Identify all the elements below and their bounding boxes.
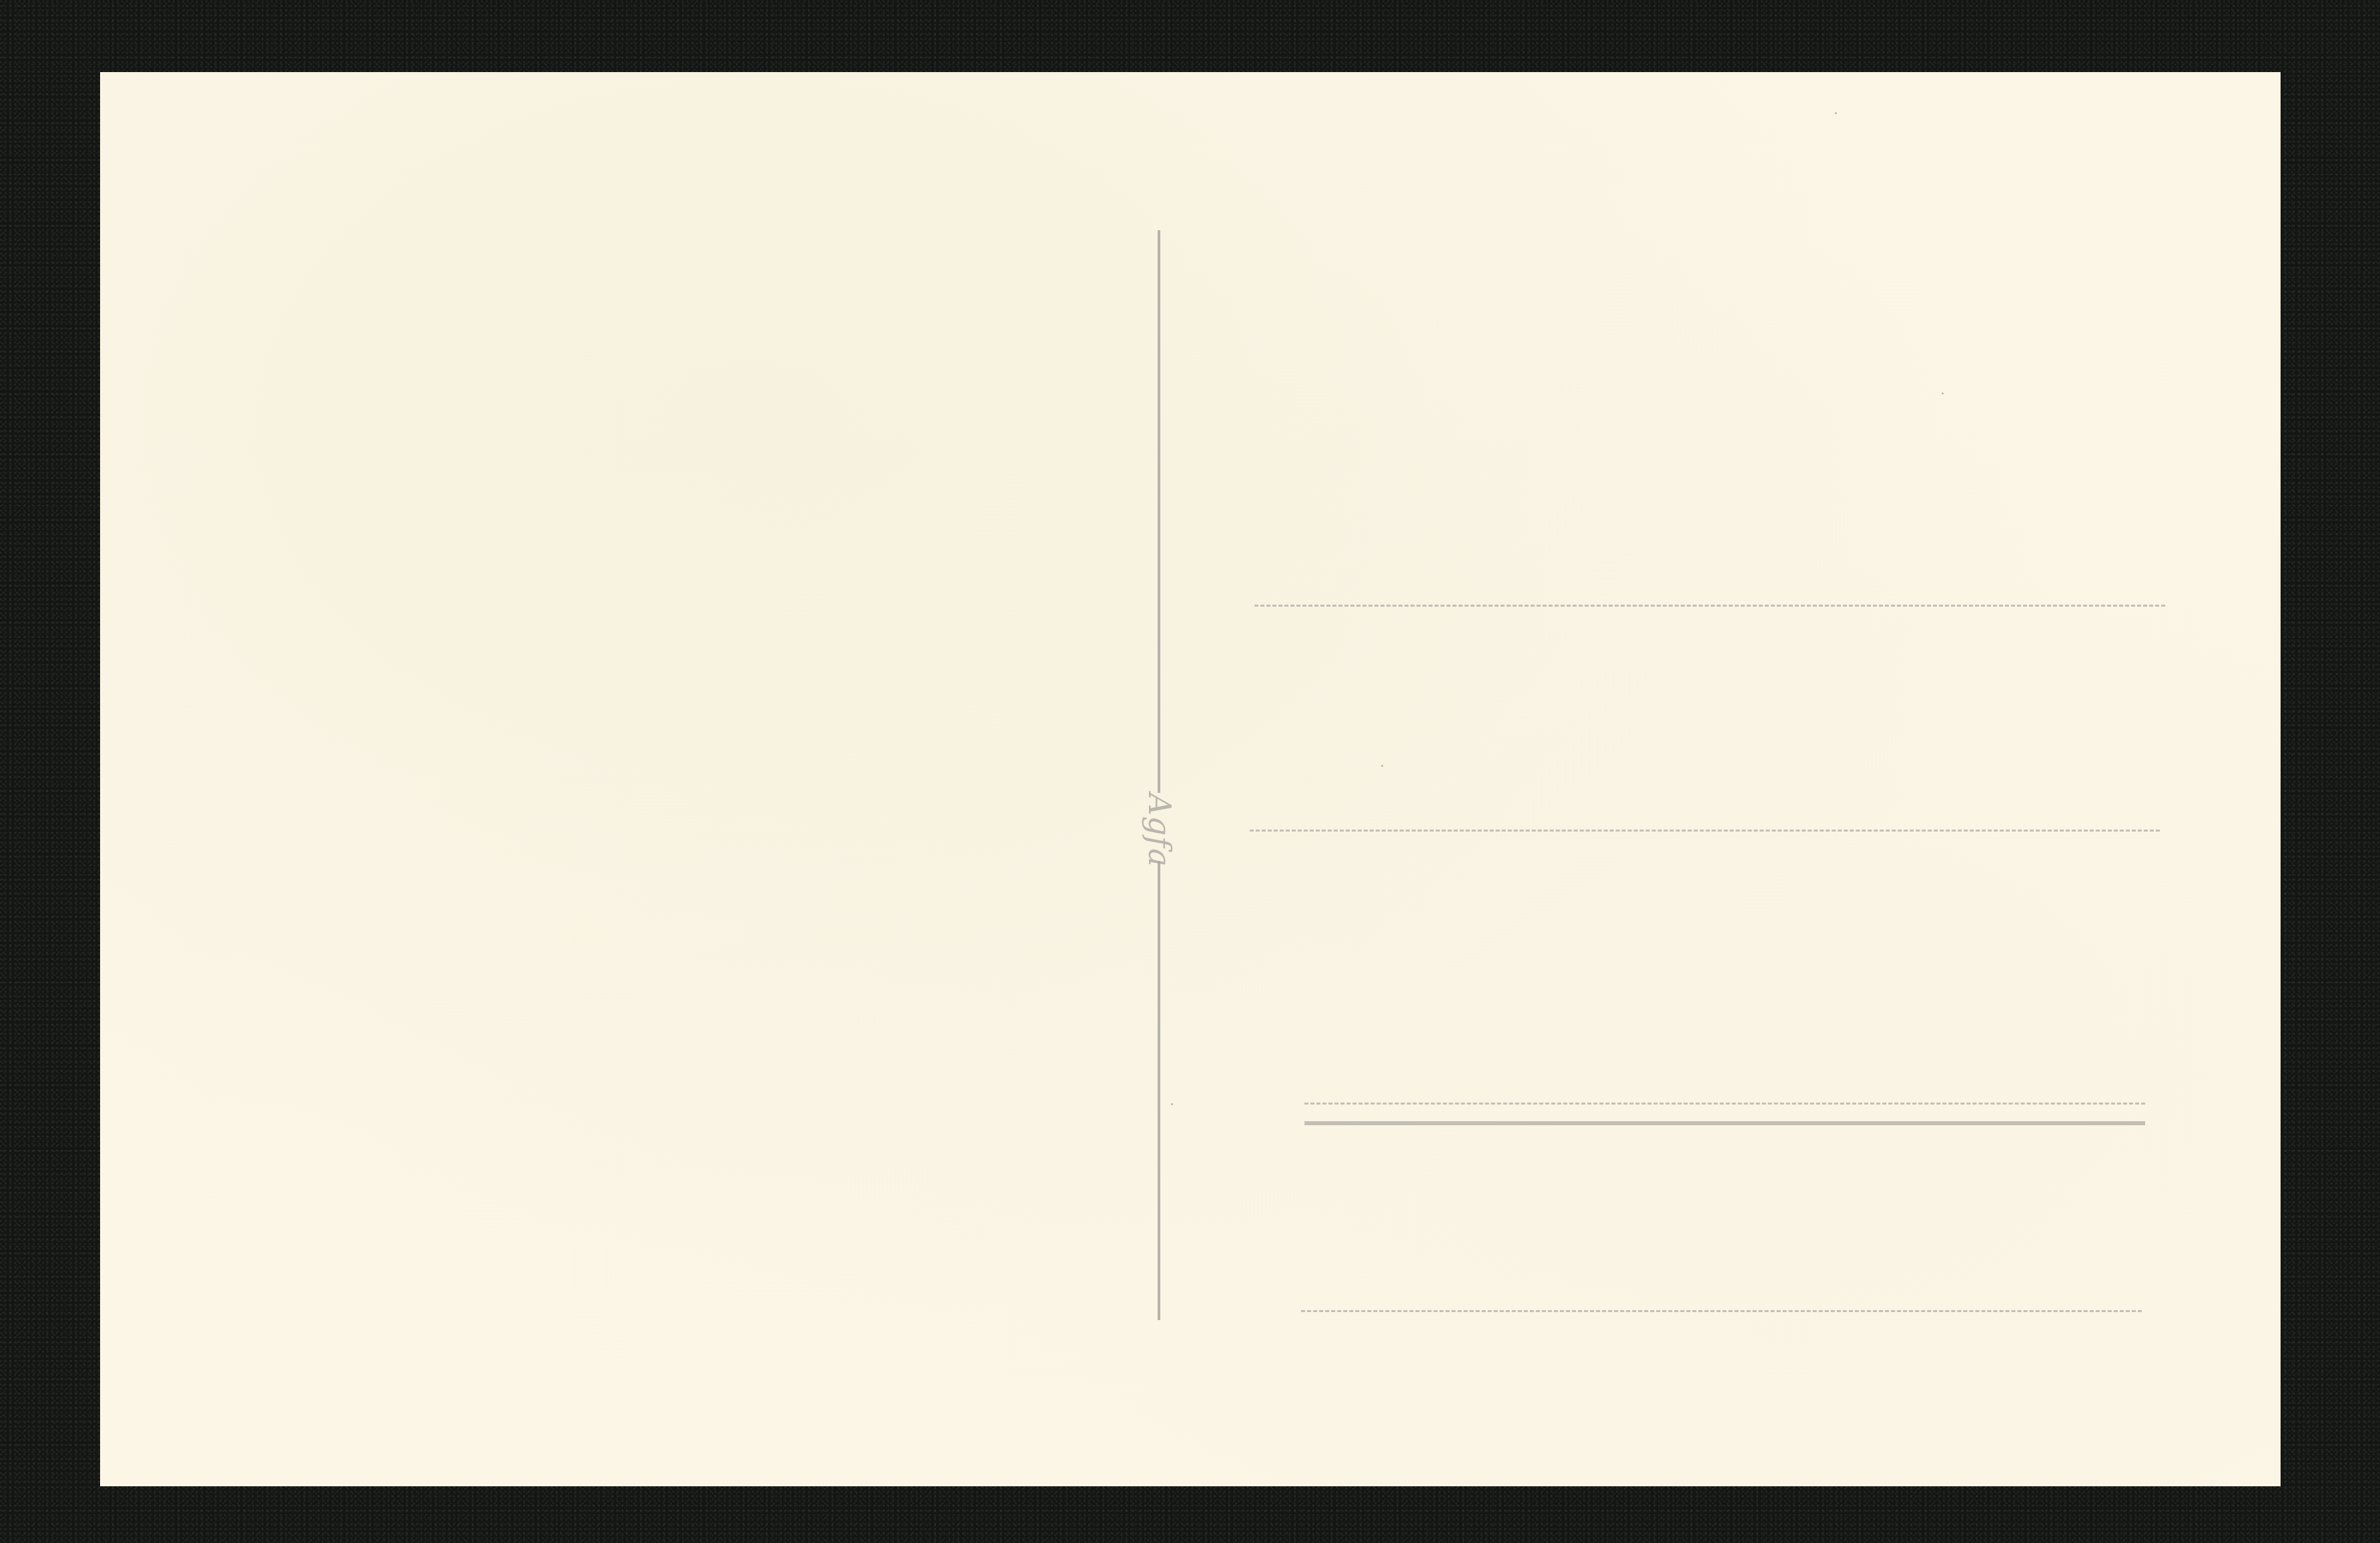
brand-imprint-text: Agfa xyxy=(1142,793,1178,867)
paper-speck xyxy=(1381,765,1383,767)
address-line-1 xyxy=(1254,605,2165,607)
paper-speck xyxy=(1171,1103,1173,1105)
paper-speck xyxy=(1942,392,1944,394)
address-line-3 xyxy=(1304,1103,2145,1105)
address-line-5 xyxy=(1301,1310,2142,1312)
address-line-2 xyxy=(1250,830,2160,832)
paper-speck xyxy=(1835,112,1837,114)
brand-imprint: Agfa xyxy=(1141,800,1178,861)
address-line-4 xyxy=(1304,1121,2145,1125)
center-divider-top xyxy=(1158,230,1160,793)
postcard-back: Agfa xyxy=(100,72,2281,1486)
center-divider-bottom xyxy=(1158,861,1160,1320)
